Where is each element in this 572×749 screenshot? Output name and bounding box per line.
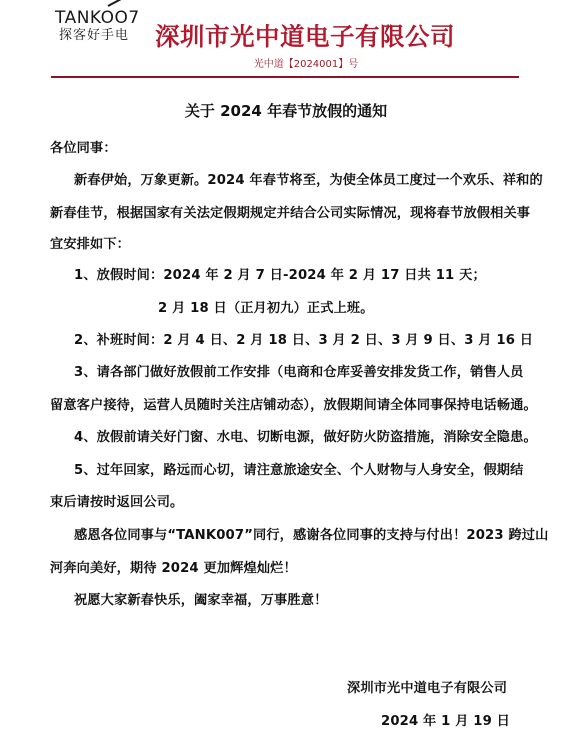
thanks-line-1: 感恩各位同事与“TANK007”同行，感谢各位同事的支持与付出！2023 跨过山 bbox=[74, 527, 548, 545]
document-number: 光中道【2024001】号 bbox=[0, 59, 572, 71]
item-5-line-1: 5、过年回家，路远而心切，请注意旅途安全、个人财物与人身安全，假期结 bbox=[74, 462, 523, 480]
closing-wish: 祝愿大家新春快乐，阖家幸福，万事胜意！ bbox=[74, 592, 327, 610]
letterhead-company-name: 深圳市光中道电子有限公司 bbox=[155, 22, 455, 52]
signature-date: 2024 年 1 月 19 日 bbox=[381, 713, 510, 731]
company-logo: TANKOO7 探客好手电 bbox=[55, 9, 135, 44]
notice-title: 关于 2024 年春节放假的通知 bbox=[0, 100, 572, 122]
item-2-makeup-workdays: 2、补班时间：2 月 4 日、2 月 18 日、3 月 2 日、3 月 9 日、… bbox=[74, 332, 533, 350]
intro-line-3: 宜安排如下： bbox=[50, 236, 130, 254]
item-3-line-1: 3、请各部门做好放假前工作安排（电商和仓库妥善安排发货工作，销售人员 bbox=[74, 364, 523, 382]
signature-company: 深圳市光中道电子有限公司 bbox=[347, 680, 507, 698]
item-1-holiday-period: 1、放假时间：2024 年 2 月 7 日-2024 年 2 月 17 日共 1… bbox=[74, 267, 486, 285]
item-5-line-2: 束后请按时返回公司。 bbox=[50, 494, 183, 512]
item-4-safety: 4、放假前请关好门窗、水电、切断电源，做好防火防盗措施，消除安全隐患。 bbox=[74, 429, 537, 447]
intro-line-2: 新春佳节，根据国家有关法定假期规定并结合公司实际情况，现将春节放假相关事 bbox=[50, 205, 530, 223]
intro-line-1: 新春伊始，万象更新。2024 年春节将至，为使全体员工度过一个欢乐、祥和的 bbox=[74, 172, 543, 190]
logo-wordmark: TANKOO7 bbox=[55, 9, 135, 27]
letterhead-divider bbox=[51, 76, 519, 78]
item-1-return-date: 2 月 18 日（正月初九）正式上班。 bbox=[158, 300, 374, 318]
logo-swoosh-icon bbox=[108, 0, 128, 7]
thanks-line-2: 河奔向美好，期待 2024 更加辉煌灿烂！ bbox=[50, 560, 297, 578]
logo-slogan: 探客好手电 bbox=[55, 28, 135, 44]
document-number-text: 光中道【2024001】号 bbox=[214, 59, 359, 70]
item-3-line-2: 留意客户接待，运营人员随时关注店铺动态），放假期间请全体同事保持电话畅通。 bbox=[50, 397, 537, 415]
logo-text-en: TANKOO7 bbox=[55, 8, 140, 28]
salutation: 各位同事： bbox=[50, 140, 117, 158]
